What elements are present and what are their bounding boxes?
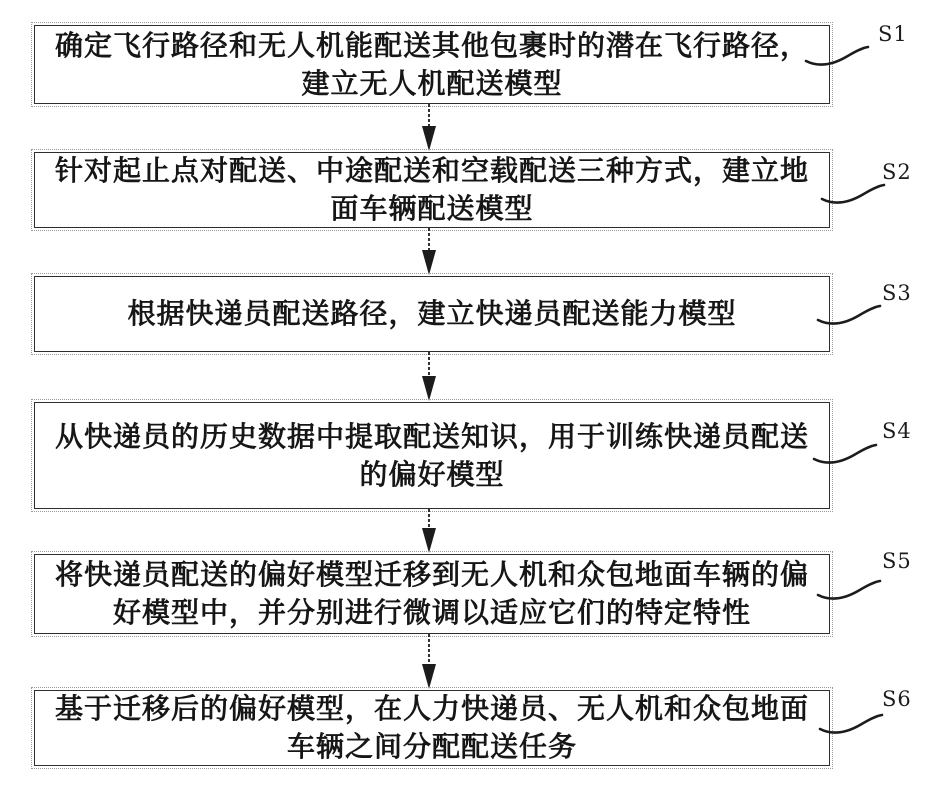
step-s2-text-line1: 针对起止点对配送、中途配送和空载配送三种方式，建立地: [55, 152, 809, 190]
step-s6-text-line1: 基于迁移后的偏好模型，在人力快递员、无人机和众包地面: [55, 690, 809, 728]
step-s5-text-line1: 将快递员配送的偏好模型迁移到无人机和众包地面车辆的偏: [55, 556, 809, 594]
step-box-s3: 根据快递员配送路径，建立快递员配送能力模型: [34, 276, 830, 352]
step-box-s4: 从快递员的历史数据中提取配送知识，用于训练快递员配送 的偏好模型: [34, 402, 830, 509]
step-box-s1: 确定飞行路径和无人机能配送其他包裹时的潜在飞行路径， 建立无人机配送模型: [34, 25, 830, 104]
step-label-s1: S1: [878, 22, 908, 46]
step-s5-text-line2: 好模型中，并分别进行微调以适应它们的特定特性: [113, 594, 751, 632]
leader-line-s3: [816, 303, 882, 327]
step-box-s5: 将快递员配送的偏好模型迁移到无人机和众包地面车辆的偏 好模型中，并分别进行微调以…: [34, 554, 830, 634]
leader-line-s4: [812, 442, 878, 466]
step-label-s4: S4: [882, 419, 912, 443]
step-s3-text-line1: 根据快递员配送路径，建立快递员配送能力模型: [127, 295, 736, 333]
step-label-s2: S2: [882, 160, 912, 184]
flow-arrow-3: [421, 352, 437, 402]
step-label-s6: S6: [882, 687, 912, 711]
step-box-s6: 基于迁移后的偏好模型，在人力快递员、无人机和众包地面 车辆之间分配配送任务: [34, 690, 830, 766]
step-s4-text-line2: 的偏好模型: [359, 456, 504, 494]
step-s6-text-line2: 车辆之间分配配送任务: [287, 728, 577, 766]
flow-arrow-2: [421, 228, 437, 276]
flow-arrow-5: [421, 634, 437, 690]
step-label-s5: S5: [882, 549, 912, 573]
step-s1-text-line2: 建立无人机配送模型: [301, 65, 562, 103]
flow-arrow-1: [421, 104, 437, 152]
leader-line-s1: [804, 44, 870, 68]
step-s2-text-line2: 面车辆配送模型: [330, 190, 533, 228]
flow-arrow-4: [421, 509, 437, 554]
step-s4-text-line1: 从快递员的历史数据中提取配送知识，用于训练快递员配送: [55, 418, 809, 456]
step-box-s2: 针对起止点对配送、中途配送和空载配送三种方式，建立地 面车辆配送模型: [34, 152, 830, 228]
step-label-s3: S3: [882, 281, 912, 305]
patent-flowchart-figure: 确定飞行路径和无人机能配送其他包裹时的潜在飞行路径， 建立无人机配送模型 S1 …: [0, 0, 925, 786]
leader-line-s5: [816, 578, 882, 602]
step-s1-text-line1: 确定飞行路径和无人机能配送其他包裹时的潜在飞行路径，: [55, 27, 809, 65]
leader-line-s2: [820, 182, 886, 206]
leader-line-s6: [818, 712, 884, 736]
